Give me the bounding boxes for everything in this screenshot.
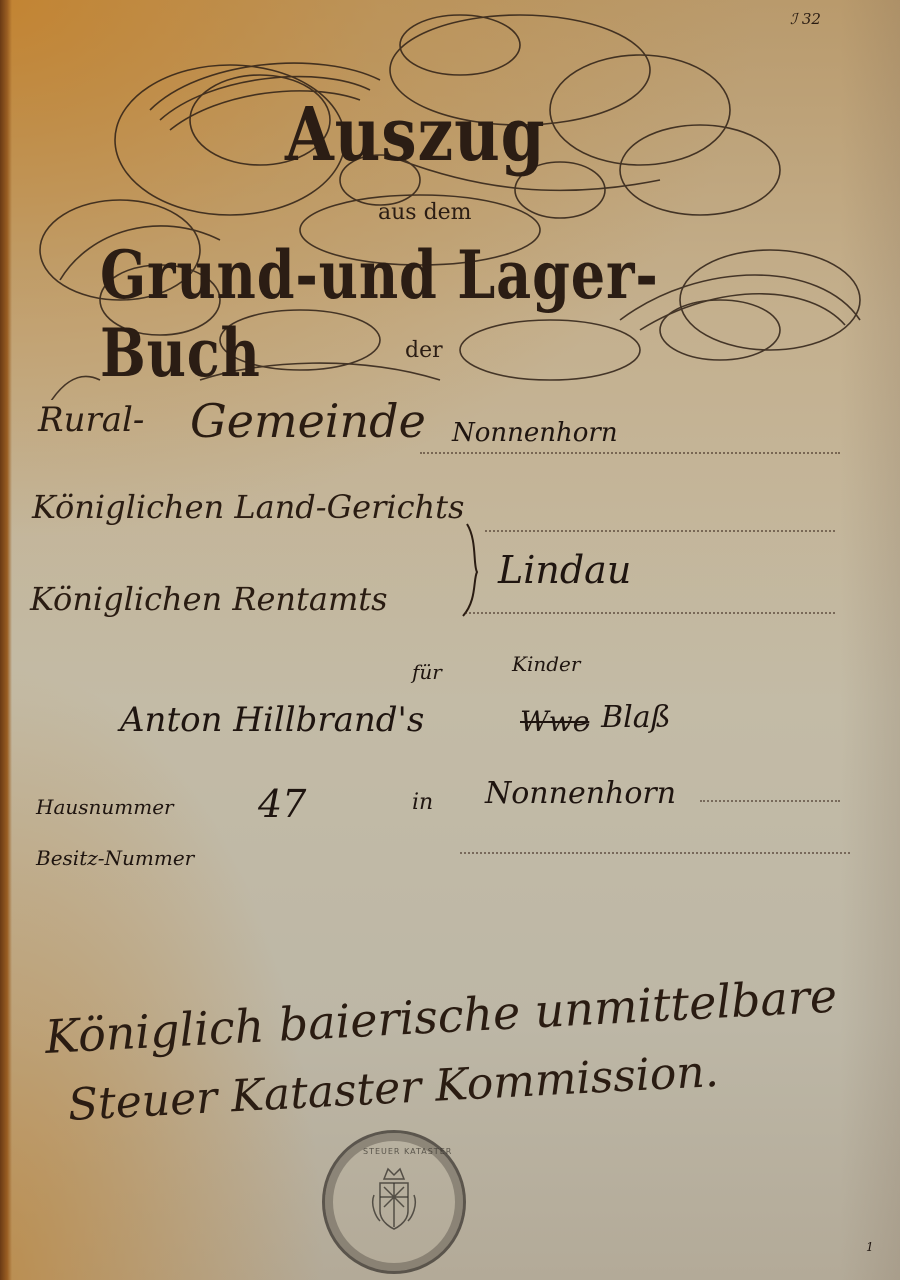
heading-subtitle-aus-dem: aus dem xyxy=(378,200,472,225)
municipality-dotted-line xyxy=(420,452,840,454)
bavarian-crest-icon xyxy=(370,1165,418,1237)
owner-insert-fuer: für xyxy=(412,660,442,684)
brace-icon xyxy=(455,520,485,620)
footer-line-2: Steuer Kataster Kommission. xyxy=(67,1046,720,1131)
heading-subtitle-der: der xyxy=(405,338,443,363)
house-number-dotted-line xyxy=(700,800,840,802)
label-rentamts: Königlichen Rentamts xyxy=(30,580,388,618)
seal-text: STEUER KATASTER xyxy=(363,1147,452,1156)
court-dotted-line xyxy=(485,530,835,532)
label-gemeinde: Gemeinde xyxy=(190,394,426,448)
possession-number-dotted-line xyxy=(460,852,850,854)
heading-title-grund-und-lager-buch: Grund-und Lager-Buch xyxy=(100,236,756,392)
heading-title: Auszug xyxy=(285,92,545,178)
location-value: Nonnenhorn xyxy=(485,776,676,811)
official-seal: STEUER KATASTER xyxy=(322,1130,466,1274)
owner-name: Anton Hillbrand's xyxy=(120,700,424,740)
rent-office-dotted-line xyxy=(465,612,835,614)
label-land-gerichts: Königlichen Land-Gerichts xyxy=(32,488,464,526)
municipality-value: Nonnenhorn xyxy=(452,418,618,448)
house-number-value: 47 xyxy=(258,782,306,826)
label-besitz-nummer: Besitz-Nummer xyxy=(36,846,194,870)
corner-mark: 1 xyxy=(866,1240,874,1254)
owner-suffix: , Blaß xyxy=(582,700,671,735)
document-page: ℐ 32 Auszug aus dem Grund-und Lager-Buch… xyxy=(0,0,900,1280)
location-prefix: in xyxy=(412,790,433,815)
label-rural-prefix: Rural- xyxy=(38,400,144,440)
court-and-office-value: Lindau xyxy=(498,548,631,592)
folio-number: ℐ 32 xyxy=(790,10,821,28)
label-hausnummer: Hausnummer xyxy=(36,795,174,819)
owner-struck-word: Wwe xyxy=(520,705,589,738)
footer-line-1: Königlich baierische unmittelbare xyxy=(44,969,839,1064)
owner-insert-kinder: Kinder xyxy=(512,652,580,676)
